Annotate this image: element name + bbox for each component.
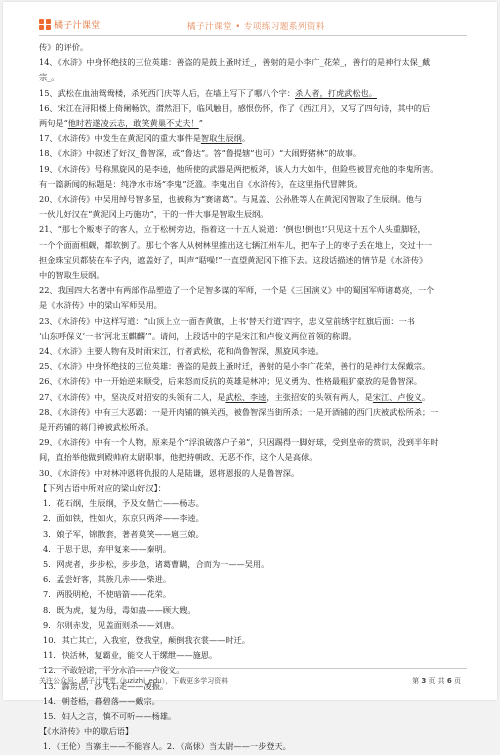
question-14: 14、《水浒》中身怀绝技的三位英雄：善盗的是鼓上蚤时迁_，善射的是小李广_花荣_… — [39, 55, 467, 70]
list-item: 9．尔则赤发，见盖面则杀——刘唐。 — [39, 618, 467, 633]
list-item: 3．娘子军，锦散套，著者莫笑——扈三娘。 — [39, 527, 467, 542]
text-line: ‘山东呼保义’一书‘河北玉麒麟’”。请问，上段话中的字是宋江和卢俊义两位首领的称… — [39, 329, 467, 344]
question-23: 23、《水浒传》中这样写道：“山顶上立一面杏黄旗，上书‘替天行道’四字，忠义堂前… — [39, 314, 467, 329]
question-18: 18、《水浒》中叙述了好汉_鲁智深，或“鲁达”。答“鲁提辖”也可）“大闹野猪林”… — [39, 146, 467, 161]
question-25: 25、《水浒》中身怀绝技的三位英雄：善盗的是鼓上蚤时迁，善射的是小李广花荣，善行… — [39, 359, 467, 374]
header-title: 橘子汁课堂 • 专项练习题系列资料 — [187, 20, 325, 32]
text-line: 是《水浒传》中的梁山军师吴用。 — [39, 298, 467, 313]
document-page: 橘子汁课堂 橘子汁课堂 • 专项练习题系列资料 传》的评价。 14、《水浒》中身… — [3, 2, 497, 700]
question-28: 28、《水浒传》中有三大恶霸：一是开肉铺的镇关西，被鲁智深当街所杀；一是开酒铺的… — [39, 405, 467, 420]
text-line: 有一篇新闻的标题是：纯净水市场“李鬼”泛滥。李鬼出自《水浒传》，在这里指代冒牌货… — [39, 177, 467, 192]
list-item: 8．既为虎，复为母，毒如蛊——顾大嫂。 — [39, 603, 467, 618]
question-22: 22、我国四大名著中有两部作品塑造了一个足智多谋的军师，一个是《三国演义》中的蜀… — [39, 283, 467, 298]
question-16: 16、宋江在浔阳楼上倚阑畅饮，潸然泪下，临风触目，感恨伤怀，作了《西江月》，又写… — [39, 101, 467, 116]
question-29: 29、《水浒传》中有一个人物，原来是个“浮浪破落户子弟”，只因踢得一脚好球，受到… — [39, 435, 467, 450]
current-page: 3 — [421, 677, 426, 685]
page-header: 橘子汁课堂 橘子汁课堂 • 专项练习题系列资料 — [39, 16, 467, 36]
list-item: 4．于思于思，弃甲复来——秦明。 — [39, 542, 467, 557]
footer-note: 关注公众号：橘子汁课堂（juzizhi_edu），下载更多学习资料 — [39, 676, 228, 686]
text-line: 一个个面面相觑，都软倒了。那七个客人从树林里推出这七辆江州车儿，把车子上的枣子丢… — [39, 238, 467, 253]
question-19: 19、《水浒传》号称黑旋风的是李逵，他所使的武器是两把板斧，该人力大如牛，但险些… — [39, 162, 467, 177]
list-item: 5．网虎者，步步松，步步急，诸葛曹瞒，合而为一——吴用。 — [39, 557, 467, 572]
total-pages: 6 — [447, 677, 452, 685]
question-27: 27、《水浒传》中，坚决反对招安的头领有二人，是武松、李逵，主张招安的头领有两人… — [39, 390, 467, 405]
text-line: 是开药铺的蒋门神被武松所杀。 — [39, 420, 467, 435]
document-body: 传》的评价。 14、《水浒》中身怀绝技的三位英雄：善盗的是鼓上蚤时迁_，善射的是… — [39, 40, 467, 707]
answer: 智取生辰纲 — [201, 133, 242, 143]
question-20: 20、《水浒传》中吴用绰号智多星，也被称为“赛诸葛”。与晁盖、公孙胜等人在黄泥冈… — [39, 192, 467, 207]
header-divider — [39, 35, 467, 36]
list-item: 10．其亡其亡，入我室，登我堂，颠倒我衣裳——时迁。 — [39, 633, 467, 648]
text-line: 担金珠宝贝都装在车子内，遮盖好了，叫声“聒噪!”一直望黄泥冈下推下去。这段话描述… — [39, 253, 467, 268]
answer: 他时若遂凌云志，敢笑黄巢不丈夫！ — [68, 118, 199, 128]
page-number: 第 3 页 共 6 页 — [412, 676, 461, 686]
list-item: 7．两股明枪，不使暗箭——花荣。 — [39, 587, 467, 602]
brand-logo: 橘子汁课堂 — [39, 18, 101, 31]
question-26: 26、《水浒传》中一开始逆来顺受，后来怒而反抗的英雄是林冲；见义勇为、性格最粗犷… — [39, 374, 467, 389]
text-line: 传》的评价。 — [39, 40, 467, 55]
text-line: 一伙儿好汉在“黄泥冈上巧施功”，干的一件大事是智取生辰纲。 — [39, 207, 467, 222]
list-item: 6．孟尝好客，其族几赤——柴进。 — [39, 572, 467, 587]
question-15: 15、武松在血油鸳鸯楼，杀死西门庆等人后，在墙上写下了哪八个字：杀人者，打虎武松… — [39, 86, 467, 101]
answer: 武松、李逵 — [225, 392, 266, 402]
question-21: 21、“那七个贩枣子的客人，立于松树旁边，指着这一十五人说道：‘倒也!倒也!’只… — [39, 222, 467, 237]
text-line: 两句是“他时若遂凌云志，敢笑黄巢不丈夫！” — [39, 116, 467, 131]
list-item: 2．面如铁，性如火，东京只两斧——李逵。 — [39, 511, 467, 526]
logo-grid-icon — [39, 19, 51, 31]
text-line: 间，直抬举他做到殿帅府太尉职事，他把持朝政、无恶不作，这个人是高俅。 — [39, 450, 467, 465]
logo-text: 橘子汁课堂 — [54, 18, 101, 31]
answer: 杀人者，打虎武松也。 — [295, 88, 377, 98]
footer-divider — [39, 668, 467, 669]
question-24: 24、《水浒》主要人物有及时雨宋江，行者武松，花和尚鲁智深，黑旋风李逵。 — [39, 344, 467, 359]
text-line: 中的智取生辰纲。 — [39, 268, 467, 283]
list-item: 11．快活林，复霸业，能交人于缧绁——施恩。 — [39, 648, 467, 663]
question-30: 30、《水浒传》中对林冲恩将仇报的人是陆谦，恩将恩报的人是鲁智深。 — [39, 466, 467, 481]
question-17: 17、《水浒传》中发生在黄泥冈的重大事件是智取生辰纲。 — [39, 131, 467, 146]
section-heading-heroes: 【下列古语中所对应的梁山好汉】： — [39, 481, 467, 496]
text-line: 宗_。 — [39, 70, 467, 85]
list-item: 1．花石纲，生辰纲，予及女偕亡——杨志。 — [39, 496, 467, 511]
list-item: 14．朝苍梧，暮碧落——戴宗。 — [39, 694, 467, 707]
answer: 宋江、卢俊义 — [373, 392, 422, 402]
